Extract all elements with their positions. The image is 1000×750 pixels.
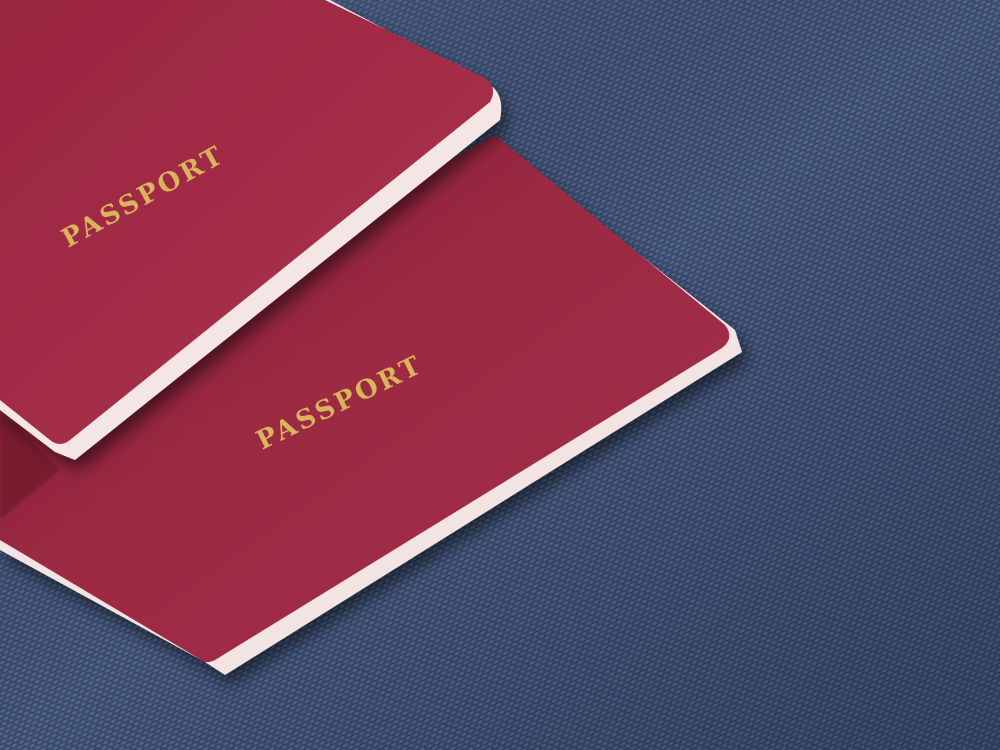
passports-photo: PASSPORT PASSPORT: [0, 0, 1000, 750]
photo-scene: PASSPORT PASSPORT: [0, 0, 1000, 750]
